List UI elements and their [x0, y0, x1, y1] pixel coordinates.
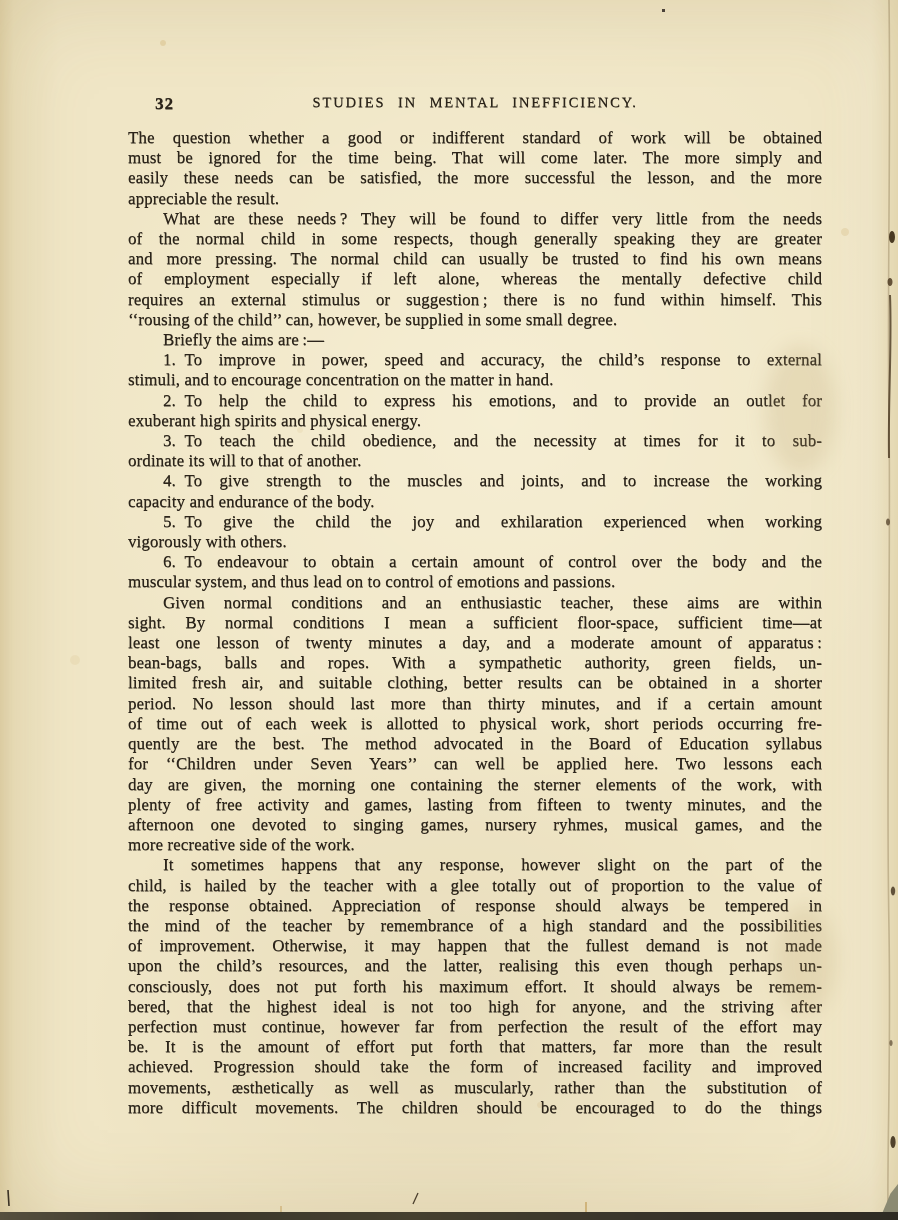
text-line: exuberant high spirits and physical ener…: [128, 411, 822, 431]
text-line: 3. To teach the child obedience, and the…: [128, 431, 822, 451]
text-line: The question whether a good or indiffere…: [128, 128, 822, 148]
text-line: for ‘‘Children under Seven Years’’ can w…: [128, 754, 822, 774]
text-line: of time out of each week is allotted to …: [128, 714, 822, 734]
text-line: bered, that the highest ideal is not too…: [128, 997, 822, 1017]
text-line: perfection must continue, however far fr…: [128, 1017, 822, 1037]
text-line: stimuli, and to encourage concentration …: [128, 370, 822, 390]
text-line: Given normal conditions and an enthusias…: [128, 593, 822, 613]
text-line: What are these needs ? They will be foun…: [128, 209, 822, 229]
text-line: consciously, does not put forth his maxi…: [128, 977, 822, 997]
text-line: of the normal child in some respects, th…: [128, 229, 822, 249]
text-line: the mind of the teacher by remembrance o…: [128, 916, 822, 936]
text-line: more difficult movements. The children s…: [128, 1098, 822, 1118]
text-line: vigorously with others.: [128, 532, 822, 552]
text-line: day are given, the morning one containin…: [128, 775, 822, 795]
text-line: bean-bags, balls and ropes. With a sympa…: [128, 653, 822, 673]
text-line: child, is hailed by the teacher with a g…: [128, 876, 822, 896]
text-line: quently are the best. The method advocat…: [128, 734, 822, 754]
text-line: movements, æsthetically as well as muscu…: [128, 1078, 822, 1098]
scan-bottom-edge: [0, 1212, 898, 1220]
text-line: must be ignored for the time being. That…: [128, 148, 822, 168]
text-line: upon the child’s resources, and the latt…: [128, 956, 822, 976]
text-line: afternoon one devoted to singing games, …: [128, 815, 822, 835]
text-line: be. It is the amount of effort put forth…: [128, 1037, 822, 1057]
text-line: sight. By normal conditions I mean a suf…: [128, 613, 822, 633]
text-line: 6. To endeavour to obtain a certain amou…: [128, 552, 822, 572]
text-line: and more pressing. The normal child can …: [128, 249, 822, 269]
text-line: of improvement. Otherwise, it may happen…: [128, 936, 822, 956]
text-line: capacity and endurance of the body.: [128, 492, 822, 512]
text-line: period. No lesson should last more than …: [128, 694, 822, 714]
running-head: 32 STUDIES IN MENTAL INEFFICIENCY.: [128, 94, 822, 114]
text-line: 2. To help the child to express his emot…: [128, 391, 822, 411]
text-line: easily these needs can be satisfied, the…: [128, 168, 822, 188]
text-line: limited fresh air, and suitable clothing…: [128, 673, 822, 693]
text-line: requires an external stimulus or suggest…: [128, 290, 822, 310]
text-line: plenty of free activity and games, lasti…: [128, 795, 822, 815]
text-line: the response obtained. Appreciation of r…: [128, 896, 822, 916]
text-line: of employment especially if left alone, …: [128, 269, 822, 289]
text-line: It sometimes happens that any response, …: [128, 855, 822, 875]
text-line: muscular system, and thus lead on to con…: [128, 572, 822, 592]
text-line: 4. To give strength to the muscles and j…: [128, 471, 822, 491]
text-line: ‘‘rousing of the child’’ can, however, b…: [128, 310, 822, 330]
text-block: The question whether a good or indiffere…: [128, 128, 822, 1118]
text-line: least one lesson of twenty minutes a day…: [128, 633, 822, 653]
text-line: more recreative side of the work.: [128, 835, 822, 855]
text-line: 5. To give the child the joy and exhilar…: [128, 512, 822, 532]
running-header-title: STUDIES IN MENTAL INEFFICIENCY.: [128, 95, 822, 112]
text-line: achieved. Progression should take the fo…: [128, 1057, 822, 1077]
text-line: Briefly the aims are :—: [128, 330, 822, 350]
text-line: ordinate its will to that of another.: [128, 451, 822, 471]
text-line: 1. To improve in power, speed and accura…: [128, 350, 822, 370]
text-line: appreciable the result.: [128, 189, 822, 209]
